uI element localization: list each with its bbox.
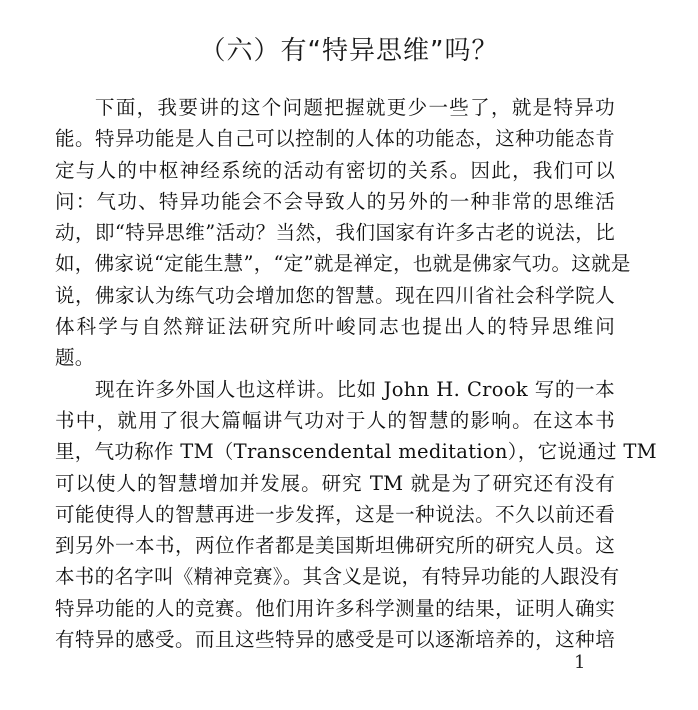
text-line: 书中，就用了很大篇幅讲气功对于人的智慧的影响。在这本书 [55, 405, 615, 436]
text-line: 如，佛家说“定能生慧”，“定”就是禅定，也就是佛家气功。这就是 [55, 248, 615, 279]
text-line: 本书的名字叫《精神竞赛》。其含义是说，有特异功能的人跟没有 [55, 561, 615, 592]
page-number: 1 [574, 652, 585, 673]
text-line: 问：气功、特异功能会不会导致人的另外的一种非常的思维活 [55, 186, 615, 217]
text-line: 可能使得人的智慧再进一步发挥，这是一种说法。不久以前还看 [55, 499, 615, 530]
text-line: 下面，我要讲的这个问题把握就更少一些了，就是特异功 [55, 92, 615, 123]
text-line: 说，佛家认为练气功会增加您的智慧。现在四川省社会科学院人 [55, 280, 615, 311]
text-line: 题。 [55, 342, 615, 373]
text-line: 现在许多外国人也这样讲。比如 John H. Crook 写的一本 [55, 374, 615, 405]
text-line: 能。特异功能是人自己可以控制的人体的功能态，这种功能态肯 [55, 123, 615, 154]
text-line: 特异功能的人的竞赛。他们用许多科学测量的结果，证明人确实 [55, 593, 615, 624]
text-line: 可以使人的智慧增加并发展。研究 TM 就是为了研究还有没有 [55, 468, 615, 499]
text-line: 定与人的中枢神经系统的活动有密切的关系。因此，我们可以 [55, 155, 615, 186]
text-line: 动，即“特异思维”活动？当然，我们国家有许多古老的说法，比 [55, 217, 615, 248]
section-title: （六）有“特异思维”吗？ [0, 30, 698, 67]
text-line: 里，气功称作 TM（Transcendental meditation），它说通… [55, 436, 615, 467]
text-line: 体科学与自然辩证法研究所叶峻同志也提出人的特异思维问 [55, 311, 615, 342]
text-line: 到另外一本书，两位作者都是美国斯坦佛研究所的研究人员。这 [55, 530, 615, 561]
document-page: （六）有“特异思维”吗？ 下面，我要讲的这个问题把握就更少一些了，就是特异功 能… [0, 0, 698, 710]
body-text: 下面，我要讲的这个问题把握就更少一些了，就是特异功 能。特异功能是人自己可以控制… [55, 92, 615, 655]
paragraph-2: 现在许多外国人也这样讲。比如 John H. Crook 写的一本 书中，就用了… [55, 374, 615, 656]
text-line: 有特异的感受。而且这些特异的感受是可以逐渐培养的，这种培 [55, 624, 615, 655]
paragraph-1: 下面，我要讲的这个问题把握就更少一些了，就是特异功 能。特异功能是人自己可以控制… [55, 92, 615, 374]
